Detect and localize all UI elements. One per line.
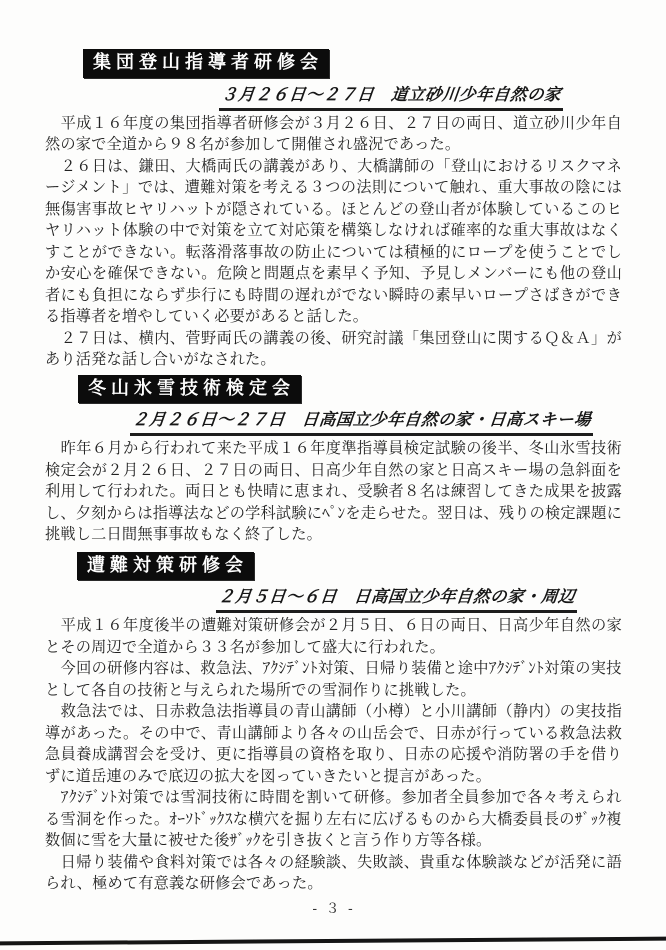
section-subtitle-underline: ２月２６日～２７日 日高国立少年自然の家・日高スキー場 <box>130 408 593 436</box>
section-subtitle-underline: ２月５日～６日 日高国立少年自然の家・周辺 <box>216 585 577 613</box>
paragraph: ｱｸｼﾃﾞﾝﾄ対策では雪洞技術に時間を割いて研修。参加者全員参加で各々考えられる… <box>45 787 622 852</box>
paragraph: ２７日は、横内、菅野両氏の講義の後、研究討議「集団登山に関するＱ＆Ａ」があり活発… <box>45 328 622 371</box>
paragraph: 昨年６月から行われて来た平成１６年度準指導員検定試験の後半、冬山氷雪技術検定会が… <box>45 438 622 546</box>
section-winter-ice-snow-certification: 冬山氷雪技術検定会 ２月２６日～２７日 日高国立少年自然の家・日高スキー場 昨年… <box>45 375 622 546</box>
section-subtitle: ２月２６日～２７日 日高国立少年自然の家・日高スキー場 <box>131 408 593 432</box>
section-title: 集団登山指導者研修会 <box>93 52 323 73</box>
section-group-climbing-leader-training: 集団登山指導者研修会 ３月２６日～２７日 道立砂川少年自然の家 平成１６年度の集… <box>45 49 622 371</box>
section-title: 冬山氷雪技術検定会 <box>88 378 295 399</box>
page-number: - ３ - <box>45 898 622 918</box>
paragraph: 救急法では、日赤救急法指導員の青山講師（小樽）と小川講師（静内）の実技指導があっ… <box>45 701 622 787</box>
paragraph: 日帰り装備や食料対策では各々の経験談、失敗談、貴重な体験談などが活発に語られ、極… <box>45 852 622 895</box>
section-subtitle-row: ３月２６日～２７日 道立砂川少年自然の家 <box>45 83 622 107</box>
paragraph: 今回の研修内容は、救急法、ｱｸｼﾃﾞﾝﾄ対策、日帰り装備と途中ｱｸｼﾃﾞﾝﾄ対策… <box>45 658 622 701</box>
section-title-banner: 遭難対策研修会 <box>77 552 254 581</box>
section-subtitle-row: ２月２６日～２７日 日高国立少年自然の家・日高スキー場 <box>45 408 622 432</box>
scan-edge-line <box>0 937 666 946</box>
page-content: 集団登山指導者研修会 ３月２６日～２７日 道立砂川少年自然の家 平成１６年度の集… <box>0 0 666 918</box>
paragraph: 平成１６年度の集団指導者研修会が３月２６日、２７日の両日、道立砂川少年自然の家で… <box>45 113 622 156</box>
section-subtitle: ３月２６日～２７日 道立砂川少年自然の家 <box>220 83 563 107</box>
section-disaster-countermeasure-training: 遭難対策研修会 ２月５日～６日 日高国立少年自然の家・周辺 平成１６年度後半の遭… <box>45 552 622 895</box>
section-subtitle-underline: ３月２６日～２７日 道立砂川少年自然の家 <box>219 83 563 111</box>
section-subtitle: ２月５日～６日 日高国立少年自然の家・周辺 <box>217 585 577 609</box>
section-title-banner: 冬山氷雪技術検定会 <box>78 375 301 404</box>
section-subtitle-row: ２月５日～６日 日高国立少年自然の家・周辺 <box>45 585 622 609</box>
section-title-banner: 集団登山指導者研修会 <box>83 49 329 78</box>
paragraph: 平成１６年度後半の遭難対策研修会が２月５日、６日の両日、日高少年自然の家とその周… <box>45 615 622 658</box>
section-title: 遭難対策研修会 <box>87 555 248 576</box>
document-page: 集団登山指導者研修会 ３月２６日～２７日 道立砂川少年自然の家 平成１６年度の集… <box>0 0 666 950</box>
paragraph: ２６日は、鎌田、大橋両氏の講義があり、大橋講師の「登山におけるリスクマネージメン… <box>45 156 622 328</box>
